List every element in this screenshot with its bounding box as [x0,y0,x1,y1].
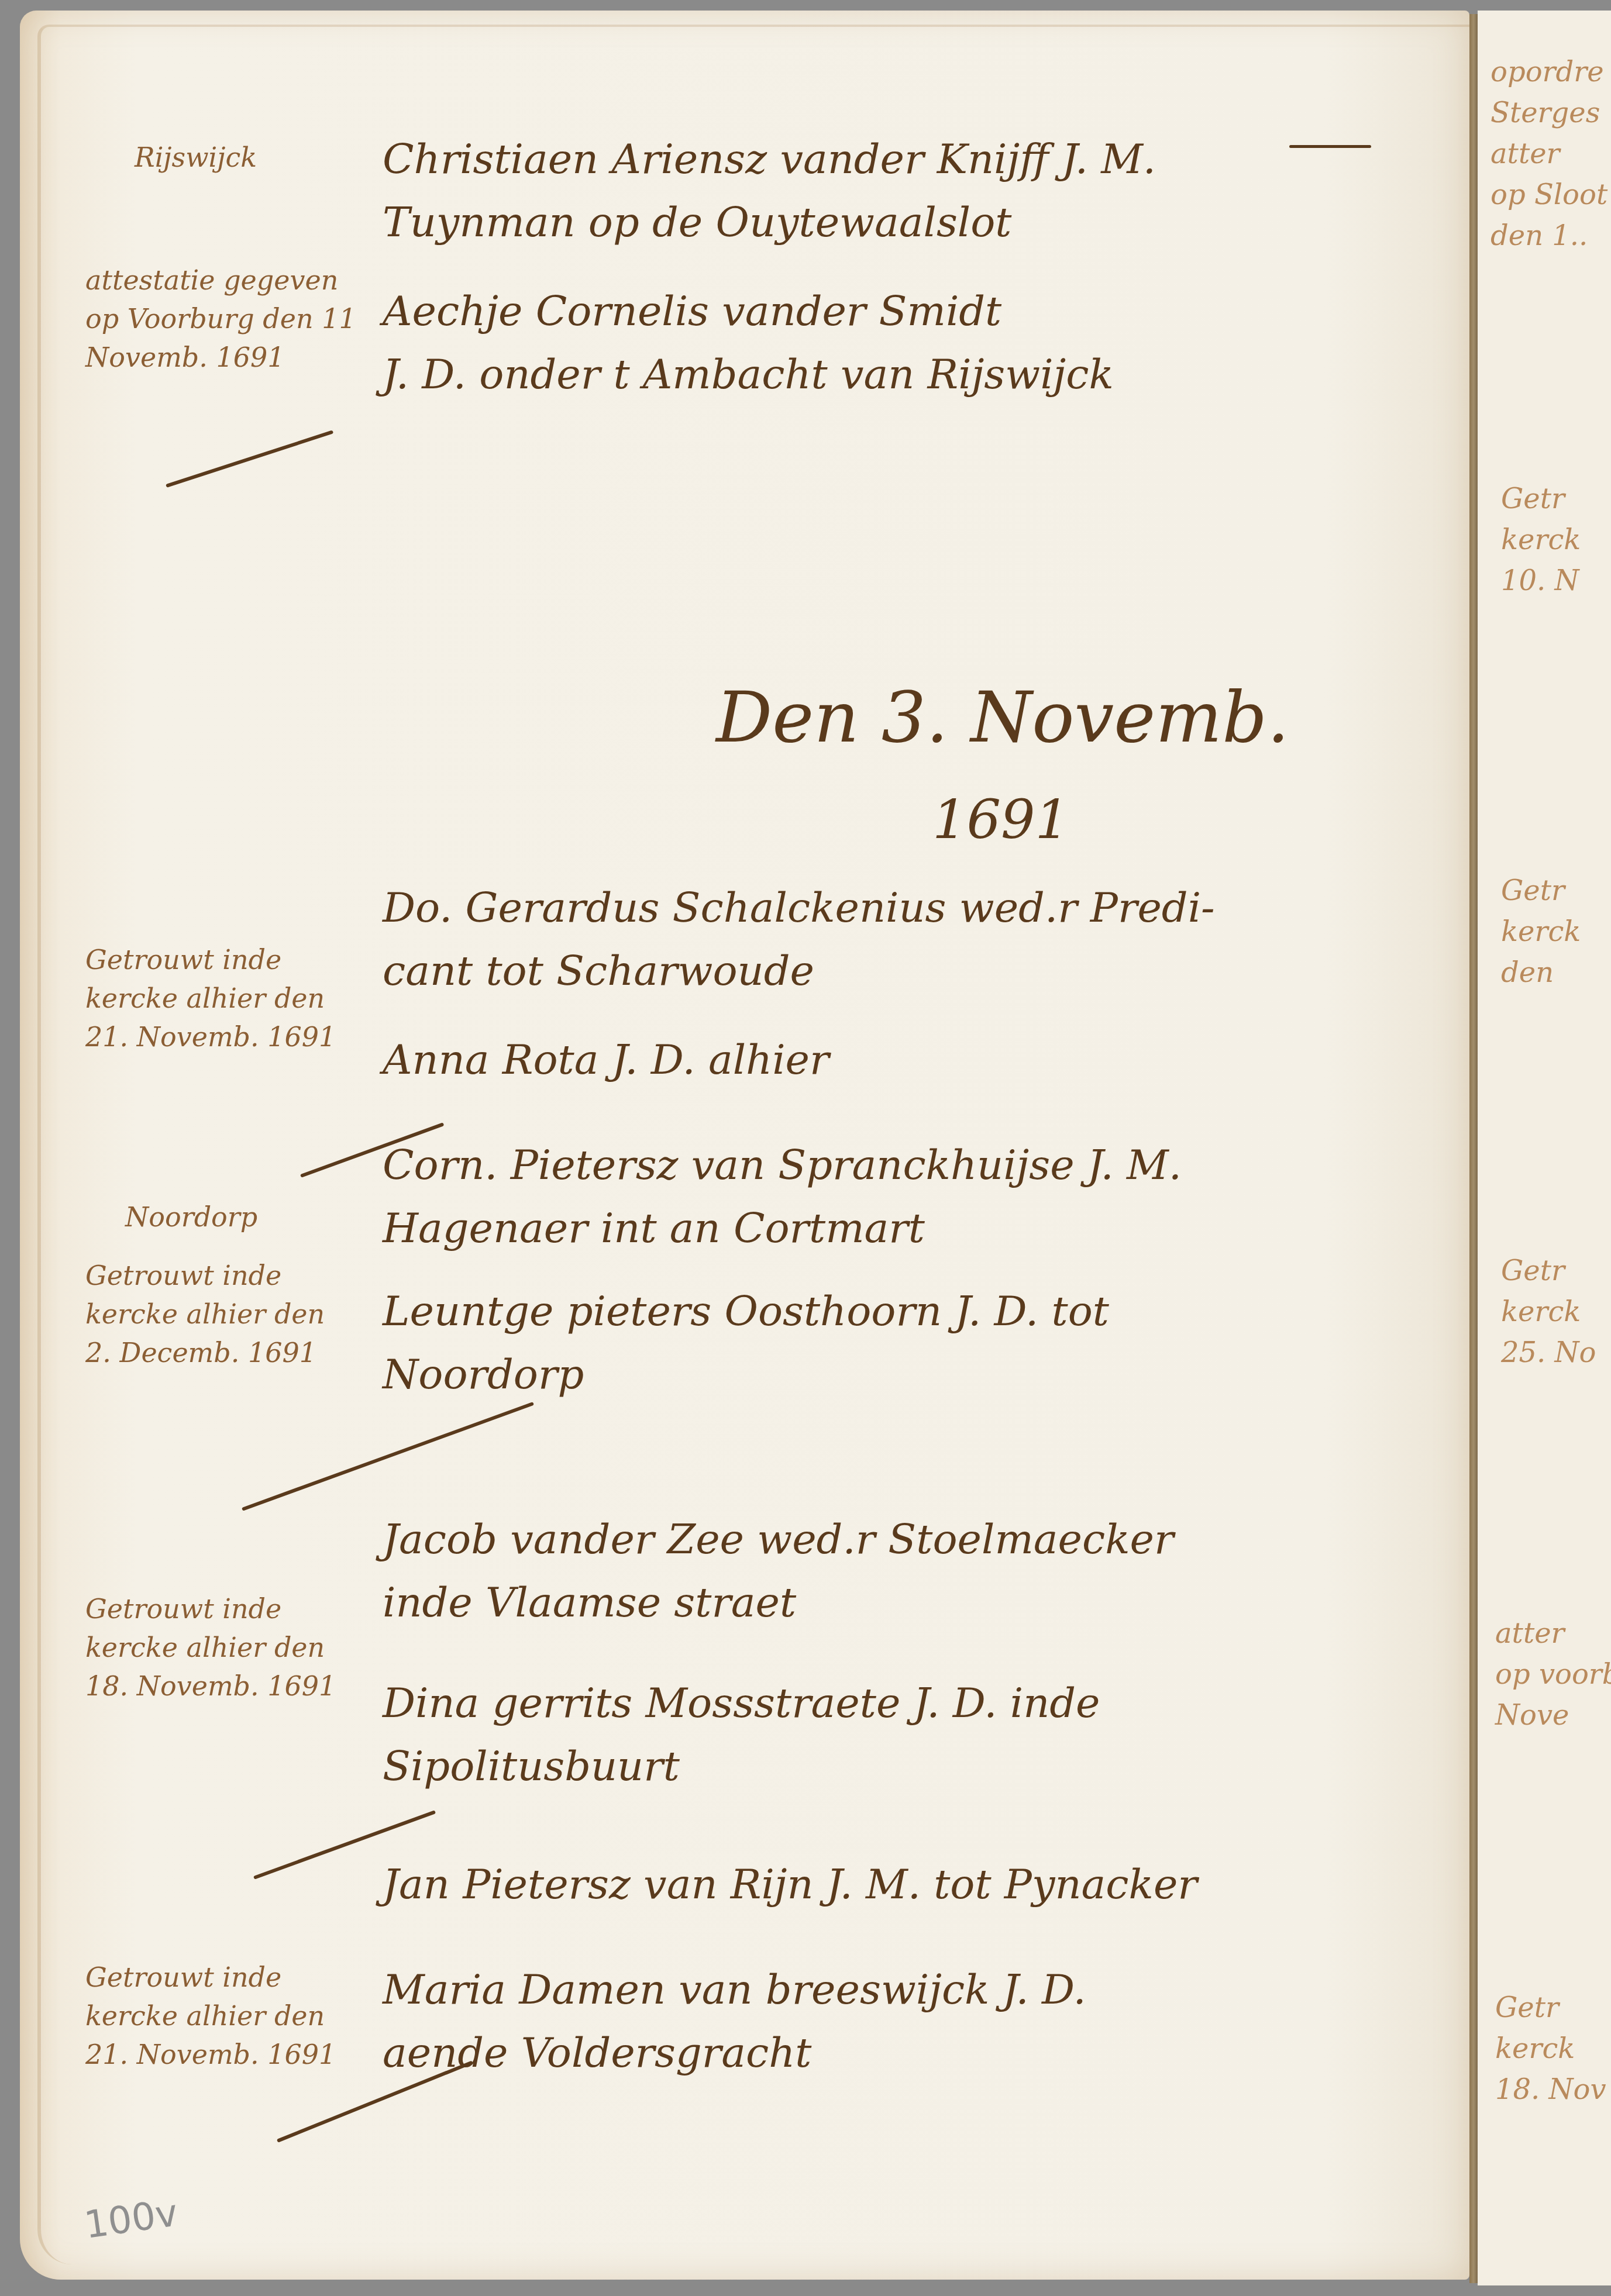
entry-groom: Christiaen Ariensz vander Knijff J. M. T… [383,127,1156,254]
facing-line: Getr [1501,870,1581,911]
entry-bride: Anna Rota J. D. alhier [383,1028,829,1091]
margin-line: attestatie gegeven [85,261,356,299]
facing-line: Nove [1495,1695,1611,1736]
facing-line: Getr [1495,1987,1606,2028]
margin-line: Getrouwt inde [85,940,336,979]
entry-bride: Dina gerrits Mossstraete J. D. inde Sipo… [383,1671,1100,1798]
margin-line: Novemb. 1691 [85,338,356,377]
margin-note-married: Getrouwt inde kercke alhier den 21. Nove… [85,940,336,1056]
margin-line: kercke alhier den [85,979,336,1018]
margin-line: 2. Decemb. 1691 [85,1333,325,1372]
facing-line: kerck [1495,2028,1606,2069]
facing-page-edge: opordre Sterges atter op Sloot den 1.. G… [1478,11,1611,2285]
facing-line: op Sloot [1490,174,1607,215]
entry-line: Tuynman op de Ouytewaalslot [383,191,1156,254]
entry-line: Jan Pietersz van Rijn J. M. tot Pynacker [383,1853,1197,1916]
facing-note: Getr kerck 10. N [1501,478,1581,601]
facing-line: kerck [1501,1291,1596,1332]
facing-line: 25. No [1501,1332,1596,1373]
folio-number: 100v [82,2191,181,2247]
facing-line: den [1501,952,1581,993]
margin-line: kercke alhier den [85,1628,336,1667]
entry-line: Jacob vander Zee wed.r Stoelmaecker [383,1508,1173,1571]
margin-note-attestation: attestatie gegeven op Voorburg den 11 No… [85,261,356,377]
entry-line: J. D. onder t Ambacht van Rijswijck [383,343,1114,406]
margin-line: kercke alhier den [85,1997,336,2035]
entry-line: Dina gerrits Mossstraete J. D. inde [383,1671,1100,1735]
margin-line: 21. Novemb. 1691 [85,1018,336,1056]
entry-bride: Aechje Cornelis vander Smidt J. D. onder… [383,280,1114,406]
facing-note: Getr kerck 25. No [1501,1250,1596,1373]
flourish-dash [1289,145,1371,148]
entry-line: Sipolitusbuurt [383,1735,1100,1798]
separator-stroke [166,430,333,487]
margin-note-married: Getrouwt inde kercke alhier den 21. Nove… [85,1958,336,2074]
entry-line: Leuntge pieters Oosthoorn J. D. tot [383,1280,1109,1343]
facing-note: opordre Sterges atter op Sloot den 1.. [1490,51,1607,256]
facing-line: kerck [1501,519,1581,560]
date-year: 1691 [932,788,1069,851]
margin-line: Getrouwt inde [85,1590,336,1628]
entry-groom: Do. Gerardus Schalckenius wed.r Predi- c… [383,876,1215,1002]
entry-groom: Jan Pietersz van Rijn J. M. tot Pynacker [383,1853,1197,1916]
margin-line: 18. Novemb. 1691 [85,1667,336,1705]
entry-groom: Jacob vander Zee wed.r Stoelmaecker inde… [383,1508,1173,1634]
facing-line: 18. Nov [1495,2069,1606,2110]
entry-line: Hagenaer int an Cortmart [383,1197,1182,1260]
margin-line: 21. Novemb. 1691 [85,2035,336,2074]
facing-line: op voorb [1495,1654,1611,1695]
entry-line: Christiaen Ariensz vander Knijff J. M. [383,127,1156,191]
entry-line: aende Voldersgracht [383,2021,1086,2084]
facing-line: atter [1490,133,1607,174]
facing-note: Getr kerck 18. Nov [1495,1987,1606,2110]
facing-line: den 1.. [1490,215,1607,256]
entry-line: Anna Rota J. D. alhier [383,1028,829,1091]
entry-bride: Maria Damen van breeswijck J. D. aende V… [383,1958,1086,2084]
facing-note: atter op voorb Nove [1495,1613,1611,1736]
facing-line: atter [1495,1613,1611,1654]
entry-line: cant tot Scharwoude [383,939,1215,1002]
margin-line: op Voorburg den 11 [85,299,356,338]
entry-line: inde Vlaamse straet [383,1571,1173,1634]
margin-line: kercke alhier den [85,1295,325,1333]
margin-place-noordorp: Noordorp [125,1198,257,1236]
entry-bride: Leuntge pieters Oosthoorn J. D. tot Noor… [383,1280,1109,1406]
date-heading: Den 3. Novemb. [716,677,1289,759]
manuscript-page: Rijswijck attestatie gegeven op Voorburg… [20,11,1469,2280]
entry-line: Maria Damen van breeswijck J. D. [383,1958,1086,2021]
separator-stroke [242,1402,534,1511]
facing-line: Getr [1501,1250,1596,1291]
facing-note: Getr kerck den [1501,870,1581,993]
margin-place-rijswijk: Rijswijck [135,138,257,177]
entry-line: Do. Gerardus Schalckenius wed.r Predi- [383,876,1215,939]
entry-line: Noordorp [383,1343,1109,1406]
facing-line: 10. N [1501,560,1581,601]
facing-line: kerck [1501,911,1581,952]
margin-note-married: Getrouwt inde kercke alhier den 2. Decem… [85,1256,325,1372]
margin-note-married: Getrouwt inde kercke alhier den 18. Nove… [85,1590,336,1705]
entry-line: Corn. Pietersz van Spranckhuijse J. M. [383,1133,1182,1197]
facing-line: Getr [1501,478,1581,519]
margin-line: Getrouwt inde [85,1958,336,1997]
facing-line: opordre [1490,51,1607,92]
facing-line: Sterges [1490,92,1607,133]
entry-line: Aechje Cornelis vander Smidt [383,280,1114,343]
book-gutter [1469,14,1478,2283]
entry-groom: Corn. Pietersz van Spranckhuijse J. M. H… [383,1133,1182,1260]
margin-line: Getrouwt inde [85,1256,325,1295]
